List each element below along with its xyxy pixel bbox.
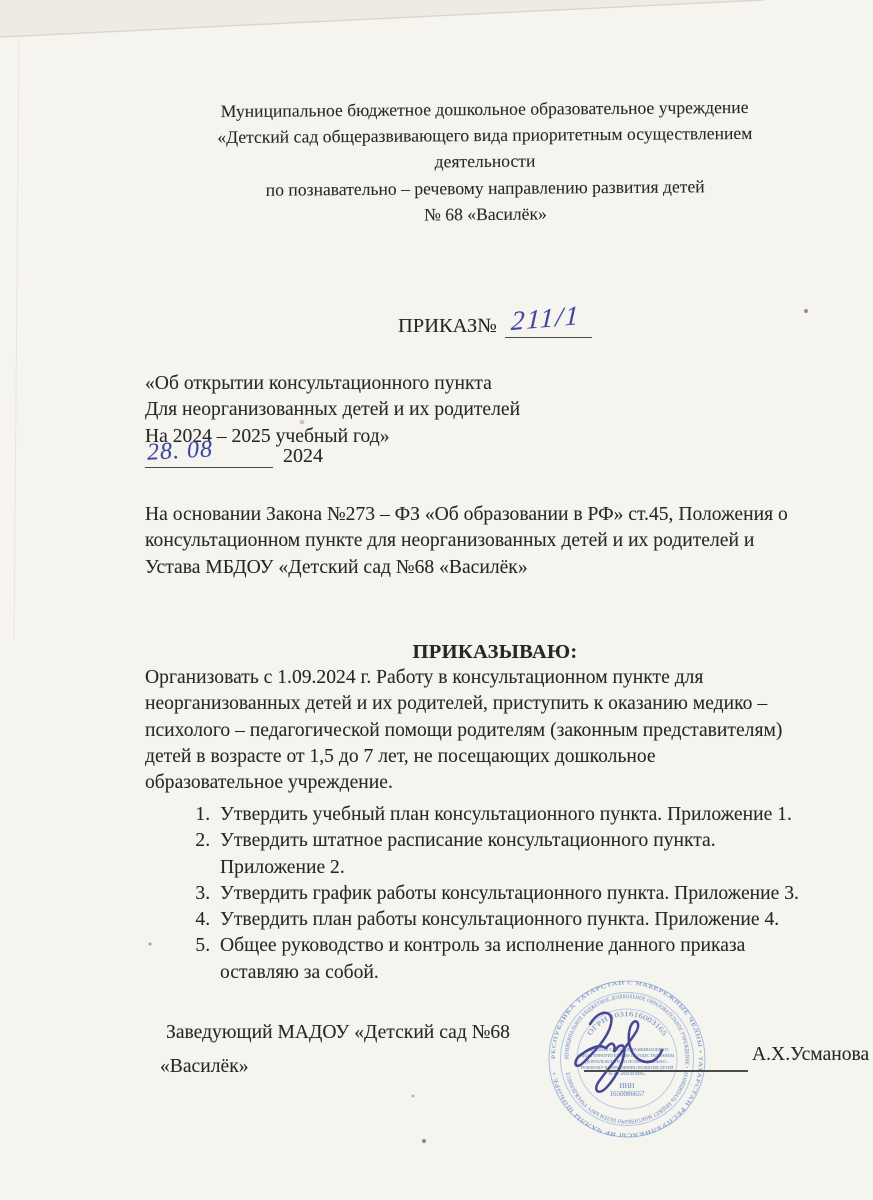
document-header: Муниципальное бюджетное дошкольное образ… (127, 93, 842, 230)
order-items-list: Утвердить учебный план консультационного… (182, 802, 862, 986)
signatory-title-line2: «Василёк» (160, 1056, 249, 1078)
order-list-item: Утвердить учебный план консультационного… (215, 802, 862, 828)
order-number-handwritten: 211/1 (510, 300, 581, 337)
date-handwritten: 28. 08 (146, 436, 213, 466)
order-title-label: ПРИКАЗ№ (398, 315, 497, 337)
order-list-item: Общее руководство и контроль за исполнен… (215, 933, 862, 986)
date-underline: 28. 08 (145, 438, 273, 468)
scan-speckle (412, 1095, 415, 1098)
scan-speckle (422, 1139, 426, 1143)
paper-edge-left (14, 36, 19, 640)
paper-corner-shadow (0, 0, 762, 38)
order-number-underline: 211/1 (505, 303, 593, 338)
signatory-title-line1: Заведующий МАДОУ «Детский сад №68 (166, 1022, 510, 1044)
signature-stroke (575, 1013, 662, 1092)
order-list-item: Утвердить план работы консультационного … (215, 907, 862, 933)
scanned-document-page: Муниципальное бюджетное дошкольное образ… (0, 0, 873, 1200)
date-year: 2024 (283, 445, 323, 467)
signature-line (584, 1070, 748, 1072)
order-list-item: Утвердить график работы консультационног… (215, 881, 862, 907)
subject-line: «Об открытии консультационного пункта (145, 371, 520, 397)
signatory-name: А.Х.Усманова (752, 1044, 869, 1066)
decree-paragraph: Организовать с 1.09.2024 г. Работу в кон… (145, 665, 873, 796)
header-line: № 68 «Василёк» (128, 198, 842, 230)
order-date-line: 28. 082024 (145, 438, 323, 468)
decree-heading: ПРИКАЗЫВАЮ: (145, 641, 845, 664)
basis-paragraph: На основании Закона №273 – ФЗ «Об образо… (145, 502, 873, 581)
order-title-line: ПРИКАЗ№211/1 (398, 303, 592, 338)
subject-line: Для неорганизованных детей и их родителе… (145, 397, 520, 423)
order-list-item: Утвердить штатное расписание консультаци… (215, 828, 862, 881)
scan-speckle (149, 943, 152, 946)
scan-speckle (804, 309, 808, 313)
paper-edge-top (0, 0, 764, 37)
handwritten-signature (548, 1002, 698, 1102)
